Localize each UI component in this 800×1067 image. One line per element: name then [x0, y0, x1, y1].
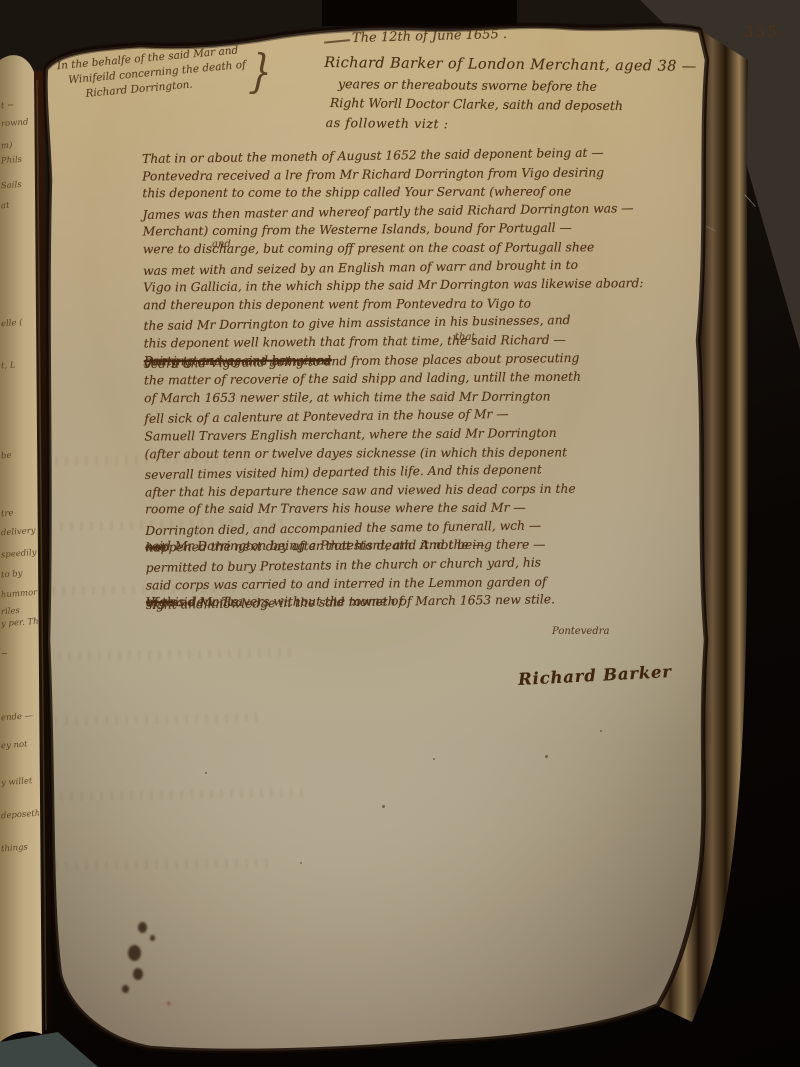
margin-fragment: hummor — [1, 588, 40, 601]
deposition-heading: Richard Barker of London Merchant, aged … — [324, 54, 715, 136]
margin-fragment: t ~ — [1, 99, 40, 112]
background-dark-object — [322, 0, 517, 26]
interlinear-insertion: Pontevedra — [552, 626, 609, 637]
margin-fragment: to by — [1, 568, 40, 581]
folio-number: 335 — [744, 23, 779, 41]
margin-fragment: at — [1, 199, 40, 212]
margin-fragment: speedily — [1, 548, 40, 561]
foxing-speck — [205, 772, 207, 774]
deposition-body: That in or about the moneth of August 16… — [142, 144, 716, 614]
margin-fragment: riles — [1, 605, 40, 618]
margin-fragment: things — [1, 842, 40, 855]
margin-fragment: ende — — [1, 711, 40, 724]
margin-fragment: tre — [1, 507, 40, 520]
margin-fragment: y per. Th — [1, 617, 40, 630]
ink-stain — [133, 968, 143, 980]
ink-stain — [167, 1002, 170, 1005]
margin-fragment: delivery — [1, 526, 40, 539]
ink-stain — [122, 985, 129, 993]
foxing-speck — [433, 758, 435, 760]
margin-fragment: Phils — [1, 154, 40, 167]
foxing-speck — [300, 862, 302, 864]
margin-fragment: ~ — [1, 647, 40, 660]
margin-fragment: ey not — [1, 739, 40, 752]
margin-fragment: elle ( — [1, 317, 40, 330]
ink-stain — [128, 945, 141, 961]
margin-fragment: be — [1, 449, 40, 462]
facing-page-fragments: t ~ rownd m) Phils Sails at elle ( t, L … — [0, 0, 44, 1067]
foxing-speck — [382, 805, 385, 808]
margin-fragment: m) — [1, 139, 40, 152]
foxing-speck — [600, 730, 602, 732]
margin-fragment: rownd — [1, 117, 40, 130]
manuscript-photograph: t ~ rownd m) Phils Sails at elle ( t, L … — [0, 0, 800, 1067]
margin-fragment: y willet — [1, 776, 40, 789]
margin-fragment: Sails — [1, 179, 40, 192]
margin-fragment: deposeth — [1, 809, 40, 822]
interlinear-insertion: and — [212, 239, 231, 250]
foxing-speck — [545, 755, 548, 758]
ink-stain — [138, 922, 147, 933]
heading-line: as followeth vizt : — [326, 112, 714, 136]
margin-brace: } — [248, 43, 274, 98]
ink-stain — [150, 935, 155, 941]
interlinear-insertion: that — [455, 332, 475, 343]
margin-fragment: t, L — [1, 359, 40, 372]
